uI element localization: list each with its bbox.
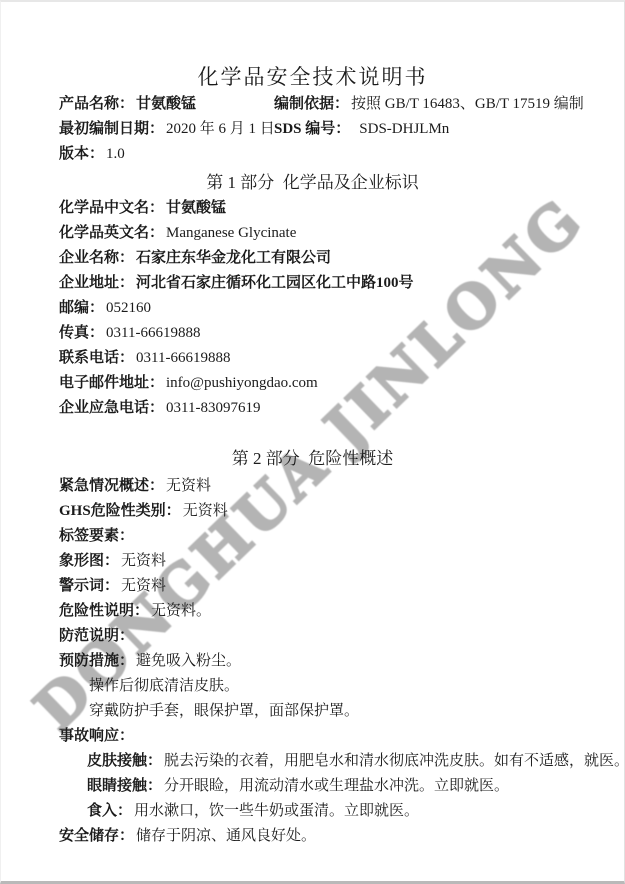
accident-response-row: 事故响应： xyxy=(1,724,624,749)
header-row-1: 产品名称：甘氨酸锰 编制依据：按照 GB/T 16483、GB/T 17519 … xyxy=(1,92,624,117)
field-label: 标签要素： xyxy=(59,528,134,544)
product-name-cell: 产品名称：甘氨酸锰 xyxy=(59,92,274,117)
document-content: 化学品安全技术说明书 产品名称：甘氨酸锰 编制依据：按照 GB/T 16483、… xyxy=(1,64,624,849)
field-label: 象形图： xyxy=(59,553,119,569)
field-label: 企业地址： xyxy=(59,275,134,291)
field-label: 危险性说明： xyxy=(59,603,149,619)
field-value: 无资料 xyxy=(121,553,166,569)
field-label: 化学品中文名： xyxy=(59,200,164,216)
prevention-cont-row-1: 操作后彻底清洁皮肤。 xyxy=(1,674,624,699)
emergency-phone-row: 企业应急电话：0311-83097619 xyxy=(1,396,624,421)
fax-row: 传真：0311-66619888 xyxy=(1,321,624,346)
hazard-statement-row: 危险性说明：无资料。 xyxy=(1,599,624,624)
field-value: 无资料 xyxy=(183,503,228,519)
field-label: 版本： xyxy=(59,146,104,162)
field-value: 避免吸入粉尘。 xyxy=(136,653,241,669)
sds-number-cell: SDS 编号：SDS-DHJLMn xyxy=(274,117,624,142)
eye-contact-row: 眼睛接触：分开眼睑，用流动清水或生理盐水冲洗。立即就医。 xyxy=(1,774,624,799)
field-label: 编制依据： xyxy=(274,96,349,112)
field-value: 1.0 xyxy=(106,146,125,162)
prevention-cont-row-2: 穿戴防护手套，眼保护罩，面部保护罩。 xyxy=(1,699,624,724)
field-label: 企业应急电话： xyxy=(59,400,164,416)
field-value: 按照 GB/T 16483、GB/T 17519 编制 xyxy=(351,96,584,112)
emergency-overview-row: 紧急情况概述：无资料 xyxy=(1,474,624,499)
field-value: 操作后彻底清洁皮肤。 xyxy=(89,678,239,694)
field-value: 脱去污染的衣着，用肥皂水和清水彻底冲洗皮肤。如有不适感，就医。 xyxy=(164,753,625,769)
field-value: 甘氨酸锰 xyxy=(166,200,226,216)
email-row: 电子邮件地址：info@pushiyongdao.com xyxy=(1,371,624,396)
field-value: 无资料 xyxy=(121,578,166,594)
postcode-row: 邮编：052160 xyxy=(1,296,624,321)
section-1-list: 化学品中文名：甘氨酸锰 化学品英文名：Manganese Glycinate 企… xyxy=(1,196,624,421)
field-label: 邮编： xyxy=(59,300,104,316)
pictogram-row: 象形图：无资料 xyxy=(1,549,624,574)
field-label: 警示词： xyxy=(59,578,119,594)
field-label: GHS危险性类别： xyxy=(59,503,181,519)
ingestion-row: 食入：用水漱口，饮一些牛奶或蛋清。立即就医。 xyxy=(1,799,624,824)
field-value: 用水漱口，饮一些牛奶或蛋清。立即就医。 xyxy=(134,803,419,819)
safe-storage-row: 安全储存：储存于阴凉、通风良好处。 xyxy=(1,824,624,849)
version-cell: 版本：1.0 xyxy=(59,142,274,167)
section-2-list: 紧急情况概述：无资料 GHS危险性类别：无资料 标签要素： 象形图：无资料 警示… xyxy=(1,474,624,849)
field-value: 石家庄东华金龙化工有限公司 xyxy=(136,250,331,266)
sds-document-page: DONGHUA JINLONG 化学品安全技术说明书 产品名称：甘氨酸锰 编制依… xyxy=(0,0,625,884)
field-value: 穿戴防护手套，眼保护罩，面部保护罩。 xyxy=(89,703,359,719)
field-label: 电子邮件地址： xyxy=(59,375,164,391)
field-label: 最初编制日期： xyxy=(59,121,164,137)
field-value: 2020 年 6 月 1 日 xyxy=(166,121,275,137)
header-row-3: 版本：1.0 xyxy=(1,142,624,167)
field-label: SDS 编号： xyxy=(274,121,350,137)
field-value: SDS-DHJLMn xyxy=(359,121,449,137)
field-value: 0311-66619888 xyxy=(106,325,200,341)
chemical-cn-name-row: 化学品中文名：甘氨酸锰 xyxy=(1,196,624,221)
company-address-row: 企业地址：河北省石家庄循环化工园区化工中路100号 xyxy=(1,271,624,296)
field-value: 分开眼睑，用流动清水或生理盐水冲洗。立即就医。 xyxy=(164,778,509,794)
field-label: 预防措施： xyxy=(59,653,134,669)
compile-basis-cell: 编制依据：按照 GB/T 16483、GB/T 17519 编制 xyxy=(274,92,624,117)
header-row-2: 最初编制日期：2020 年 6 月 1 日 SDS 编号：SDS-DHJLMn xyxy=(1,117,624,142)
label-elements-row: 标签要素： xyxy=(1,524,624,549)
field-value: 0311-66619888 xyxy=(136,350,230,366)
field-value: 甘氨酸锰 xyxy=(136,96,196,112)
field-label: 安全储存： xyxy=(59,828,134,844)
field-value: 052160 xyxy=(106,300,151,316)
prevention-row: 预防措施：避免吸入粉尘。 xyxy=(1,649,624,674)
precaution-statement-row: 防范说明： xyxy=(1,624,624,649)
company-name-row: 企业名称：石家庄东华金龙化工有限公司 xyxy=(1,246,624,271)
field-label: 皮肤接触： xyxy=(87,753,162,769)
field-label: 联系电话： xyxy=(59,350,134,366)
field-value: 河北省石家庄循环化工园区化工中路100号 xyxy=(136,275,414,291)
section-2-heading: 第 2 部分 危险性概述 xyxy=(1,446,624,472)
section-1-heading: 第 1 部分 化学品及企业标识 xyxy=(1,170,624,196)
field-label: 防范说明： xyxy=(59,628,134,644)
field-value: 无资料 xyxy=(166,478,211,494)
chemical-en-name-row: 化学品英文名：Manganese Glycinate xyxy=(1,221,624,246)
field-label: 产品名称： xyxy=(59,96,134,112)
field-value: 无资料。 xyxy=(151,603,211,619)
signal-word-row: 警示词：无资料 xyxy=(1,574,624,599)
document-header-block: 产品名称：甘氨酸锰 编制依据：按照 GB/T 16483、GB/T 17519 … xyxy=(1,92,624,167)
field-label: 事故响应： xyxy=(59,728,134,744)
phone-row: 联系电话：0311-66619888 xyxy=(1,346,624,371)
field-value: Manganese Glycinate xyxy=(166,225,296,241)
field-value: info@pushiyongdao.com xyxy=(166,375,318,391)
first-compile-date-cell: 最初编制日期：2020 年 6 月 1 日 xyxy=(59,117,274,142)
field-label: 紧急情况概述： xyxy=(59,478,164,494)
field-value: 0311-83097619 xyxy=(166,400,260,416)
field-label: 眼睛接触： xyxy=(87,778,162,794)
field-label: 食入： xyxy=(87,803,132,819)
field-label: 传真： xyxy=(59,325,104,341)
field-label: 企业名称： xyxy=(59,250,134,266)
skin-contact-row: 皮肤接触：脱去污染的衣着，用肥皂水和清水彻底冲洗皮肤。如有不适感，就医。 xyxy=(1,749,624,774)
ghs-class-row: GHS危险性类别：无资料 xyxy=(1,499,624,524)
field-value: 储存于阴凉、通风良好处。 xyxy=(136,828,316,844)
document-title: 化学品安全技术说明书 xyxy=(1,64,624,90)
field-label: 化学品英文名： xyxy=(59,225,164,241)
